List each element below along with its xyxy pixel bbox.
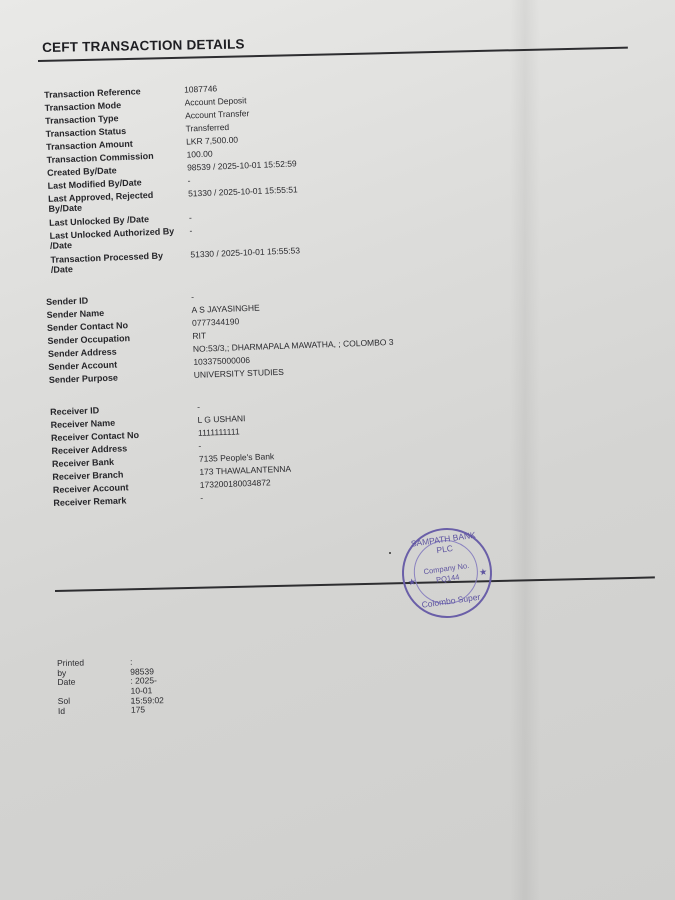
field-value: LKR 7,500.00: [186, 135, 238, 147]
field-value: RIT: [192, 330, 206, 340]
print-footer: Printed by: 98539 Date: 2025-10-01 15:59…: [57, 658, 58, 715]
field-value: -: [189, 225, 192, 235]
footer-value: : 98539: [130, 656, 154, 676]
footer-value: : 175: [131, 694, 146, 714]
field-value: 0777344190: [192, 316, 240, 328]
field-value: -: [200, 493, 203, 503]
field-value: Transferred: [185, 122, 229, 134]
field-label: Sender Address: [48, 344, 183, 359]
field-label: Sender Name: [46, 305, 181, 320]
field-value: 98539 / 2025-10-01 15:52:59: [187, 158, 297, 172]
document-title: CEFT TRANSACTION DETAILS: [42, 36, 245, 55]
star-icon: ★: [478, 566, 488, 578]
field-value: A S JAYASINGHE: [191, 303, 259, 315]
field-value: 1087746: [184, 83, 217, 94]
footer-label: Printed by: [57, 658, 84, 678]
field-label: Sender ID: [46, 292, 181, 307]
star-icon: ★: [407, 576, 417, 588]
field-value: 173 THAWALANTENNA: [199, 464, 291, 477]
field-value: 100.00: [186, 149, 212, 160]
field-label: Receiver Address: [51, 441, 186, 456]
field-row: Last Approved, Rejected By/Date51330 / 2…: [48, 194, 49, 218]
paper-fold-shadow: [510, 0, 540, 900]
field-value: -: [197, 402, 200, 412]
transaction-section: Transaction Reference1087746 Transaction…: [44, 90, 51, 279]
document-sheet: CEFT TRANSACTION DETAILS Transaction Ref…: [0, 0, 675, 900]
field-value: Account Transfer: [185, 108, 250, 120]
sender-section: Sender ID- Sender NameA S JAYASINGHE Sen…: [46, 297, 49, 388]
field-value: 103375000006: [193, 355, 250, 367]
field-label: Sender Occupation: [47, 331, 182, 346]
bank-stamp: SAMPATH BANK PLC Company No. PQ144 ★ ★ C…: [396, 522, 498, 624]
field-label: Sender Contact No: [47, 318, 182, 333]
field-value: 7135 People's Bank: [199, 451, 275, 464]
speck: [389, 552, 391, 554]
field-label: Receiver Branch: [52, 467, 187, 482]
field-label: Receiver Account: [53, 480, 188, 495]
field-label: Last Unlocked Authorized By /Date: [49, 226, 185, 251]
receiver-section: Receiver ID- Receiver NameL G USHANI Rec…: [50, 407, 54, 511]
field-value: UNIVERSITY STUDIES: [194, 367, 284, 380]
field-value: 173200180034872: [200, 477, 271, 489]
footer-label: Date: [57, 677, 75, 687]
field-value: 51330 / 2025-10-01 15:55:51: [188, 184, 298, 198]
field-label: Sender Purpose: [49, 370, 184, 385]
field-label: Receiver Bank: [52, 454, 187, 469]
field-value: -: [189, 212, 192, 222]
field-label: Transaction Processed By /Date: [50, 250, 186, 275]
signature-divider: [55, 576, 655, 591]
footer-label: Sol Id: [58, 696, 71, 716]
field-label: Receiver Name: [50, 415, 185, 430]
field-value: L G USHANI: [197, 413, 245, 425]
field-value: 51330 / 2025-10-01 15:55:53: [190, 245, 300, 259]
field-value: -: [198, 441, 201, 451]
field-row: Last Unlocked Authorized By /Date-: [49, 231, 50, 255]
field-label: Receiver Remark: [53, 493, 188, 508]
field-row: Transaction Processed By /Date51330 / 20…: [50, 255, 51, 279]
field-label: Receiver ID: [50, 402, 185, 417]
field-label: Sender Account: [48, 357, 183, 372]
field-value: Account Deposit: [184, 95, 246, 107]
field-value: 1111111111: [198, 426, 240, 437]
field-label: Receiver Contact No: [51, 428, 186, 443]
field-label: Last Approved, Rejected By/Date: [48, 189, 184, 214]
field-value: NO:53/3,; DHARMAPALA MAWATHA, ; COLOMBO …: [193, 337, 394, 354]
field-value: -: [187, 175, 190, 185]
field-value: -: [191, 292, 194, 302]
